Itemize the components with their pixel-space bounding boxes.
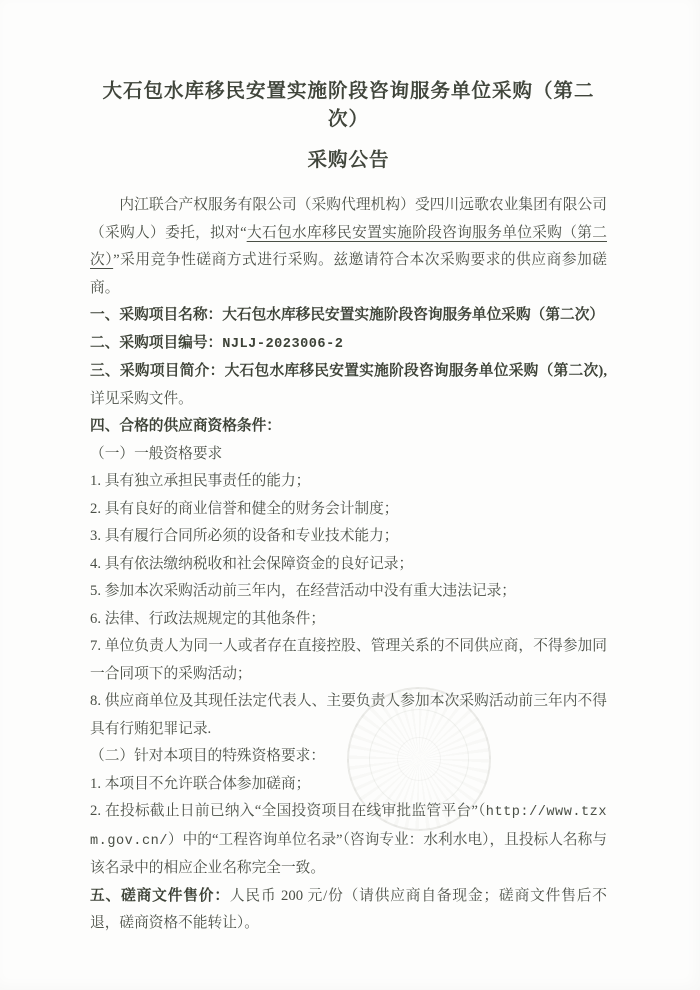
qualification-heading-segment-0: 四、合格的供应商资格条件： bbox=[90, 418, 281, 434]
general-requirement-1: 1. 具有独立承担民事责任的能力； bbox=[90, 468, 607, 496]
project-number-line: 二、采购项目编号：NJLJ-2023006-2 bbox=[90, 330, 607, 359]
project-brief-line-segment-0: 三、采购项目简介：大石包水库移民安置实施阶段咨询服务单位采购（第二次), bbox=[90, 363, 607, 379]
special-requirements-subheading: （二）针对本项目的特殊资格要求： bbox=[90, 743, 607, 771]
project-brief-line: 三、采购项目简介：大石包水库移民安置实施阶段咨询服务单位采购（第二次),详见采购… bbox=[90, 358, 607, 413]
general-requirement-3: 3. 具有履行合同所必须的设备和专业技术能力； bbox=[90, 523, 607, 551]
scanned-document-page: 大石包水库移民安置实施阶段咨询服务单位采购（第二次） 采购公告 内江联合产权服务… bbox=[0, 0, 700, 990]
general-requirement-5-segment-0: 5. 参加本次采购活动前三年内，在经营活动中没有重大违法记录； bbox=[90, 583, 516, 599]
general-requirement-3-segment-0: 3. 具有履行合同所必须的设备和专业技术能力； bbox=[90, 528, 398, 544]
general-requirement-1-segment-0: 1. 具有独立承担民事责任的能力； bbox=[90, 473, 310, 489]
document-title-line-1: 大石包水库移民安置实施阶段咨询服务单位采购（第二次） bbox=[90, 78, 607, 134]
project-number-line-segment-1: NJLJ-2023006-2 bbox=[222, 337, 343, 352]
qualification-heading: 四、合格的供应商资格条件： bbox=[90, 413, 607, 441]
general-requirement-8-segment-0: 8. 供应商单位及其现任法定代表人、主要负责人参加本次采购活动前三年内不得具有行… bbox=[90, 693, 607, 737]
general-requirement-7: 7. 单位负责人为同一人或者存在直接控股、管理关系的不同供应商，不得参加同一合同… bbox=[90, 633, 607, 688]
special-requirement-2-segment-0: 2. 在投标截止日前已纳入“全国投资项目在线审批监管平台”（ bbox=[90, 803, 486, 819]
special-requirement-2-segment-2: ）中的“工程咨询单位名录”（咨询专业：水利水电），且投标人名称与该名录中的相应企… bbox=[90, 832, 607, 877]
document-price-line: 五、磋商文件售价：人民币 200 元/份（请供应商自备现金；磋商文件售后不退，磋… bbox=[90, 883, 607, 938]
general-requirement-5: 5. 参加本次采购活动前三年内，在经营活动中没有重大违法记录； bbox=[90, 578, 607, 606]
project-name-line: 一、采购项目名称：大石包水库移民安置实施阶段咨询服务单位采购（第二次） bbox=[90, 302, 607, 330]
general-requirement-6: 6. 法律、行政法规规定的其他条件； bbox=[90, 606, 607, 634]
intro-paragraph: 内江联合产权服务有限公司（采购代理机构）受四川远歌农业集团有限公司（采购人）委托… bbox=[90, 192, 607, 302]
general-requirements-subheading: （一）一般资格要求 bbox=[90, 441, 607, 469]
document-title-line-2: 采购公告 bbox=[90, 147, 607, 175]
project-name-line-segment-0: 一、采购项目名称：大石包水库移民安置实施阶段咨询服务单位采购（第二次） bbox=[90, 307, 604, 323]
project-number-line-segment-0: 二、采购项目编号： bbox=[90, 335, 222, 351]
special-requirement-2: 2. 在投标截止日前已纳入“全国投资项目在线审批监管平台”（http://www… bbox=[90, 798, 607, 883]
general-requirements-subheading-segment-0: （一）一般资格要求 bbox=[90, 446, 222, 462]
general-requirement-4-segment-0: 4. 具有依法缴纳税收和社会保障资金的良好记录； bbox=[90, 556, 413, 572]
general-requirement-2-segment-0: 2. 具有良好的商业信誉和健全的财务会计制度； bbox=[90, 501, 398, 517]
special-requirement-1: 1. 本项目不允许联合体参加磋商； bbox=[90, 771, 607, 799]
general-requirement-6-segment-0: 6. 法律、行政法规规定的其他条件； bbox=[90, 611, 325, 627]
special-requirements-subheading-segment-0: （二）针对本项目的特殊资格要求： bbox=[90, 748, 325, 764]
document-body: 内江联合产权服务有限公司（采购代理机构）受四川远歌农业集团有限公司（采购人）委托… bbox=[90, 192, 607, 938]
intro-paragraph-segment-2: ”采用竞争性磋商方式进行采购。兹邀请符合本次采购要求的供应商参加磋商。 bbox=[90, 252, 607, 296]
project-brief-line-segment-1: 详见采购文件。 bbox=[90, 391, 193, 407]
general-requirement-4: 4. 具有依法缴纳税收和社会保障资金的良好记录； bbox=[90, 551, 607, 579]
general-requirement-7-segment-0: 7. 单位负责人为同一人或者存在直接控股、管理关系的不同供应商，不得参加同一合同… bbox=[90, 638, 607, 682]
general-requirement-2: 2. 具有良好的商业信誉和健全的财务会计制度； bbox=[90, 496, 607, 524]
general-requirement-8: 8. 供应商单位及其现任法定代表人、主要负责人参加本次采购活动前三年内不得具有行… bbox=[90, 688, 607, 743]
special-requirement-1-segment-0: 1. 本项目不允许联合体参加磋商； bbox=[90, 776, 310, 792]
document-price-line-segment-0: 五、磋商文件售价： bbox=[90, 888, 230, 904]
